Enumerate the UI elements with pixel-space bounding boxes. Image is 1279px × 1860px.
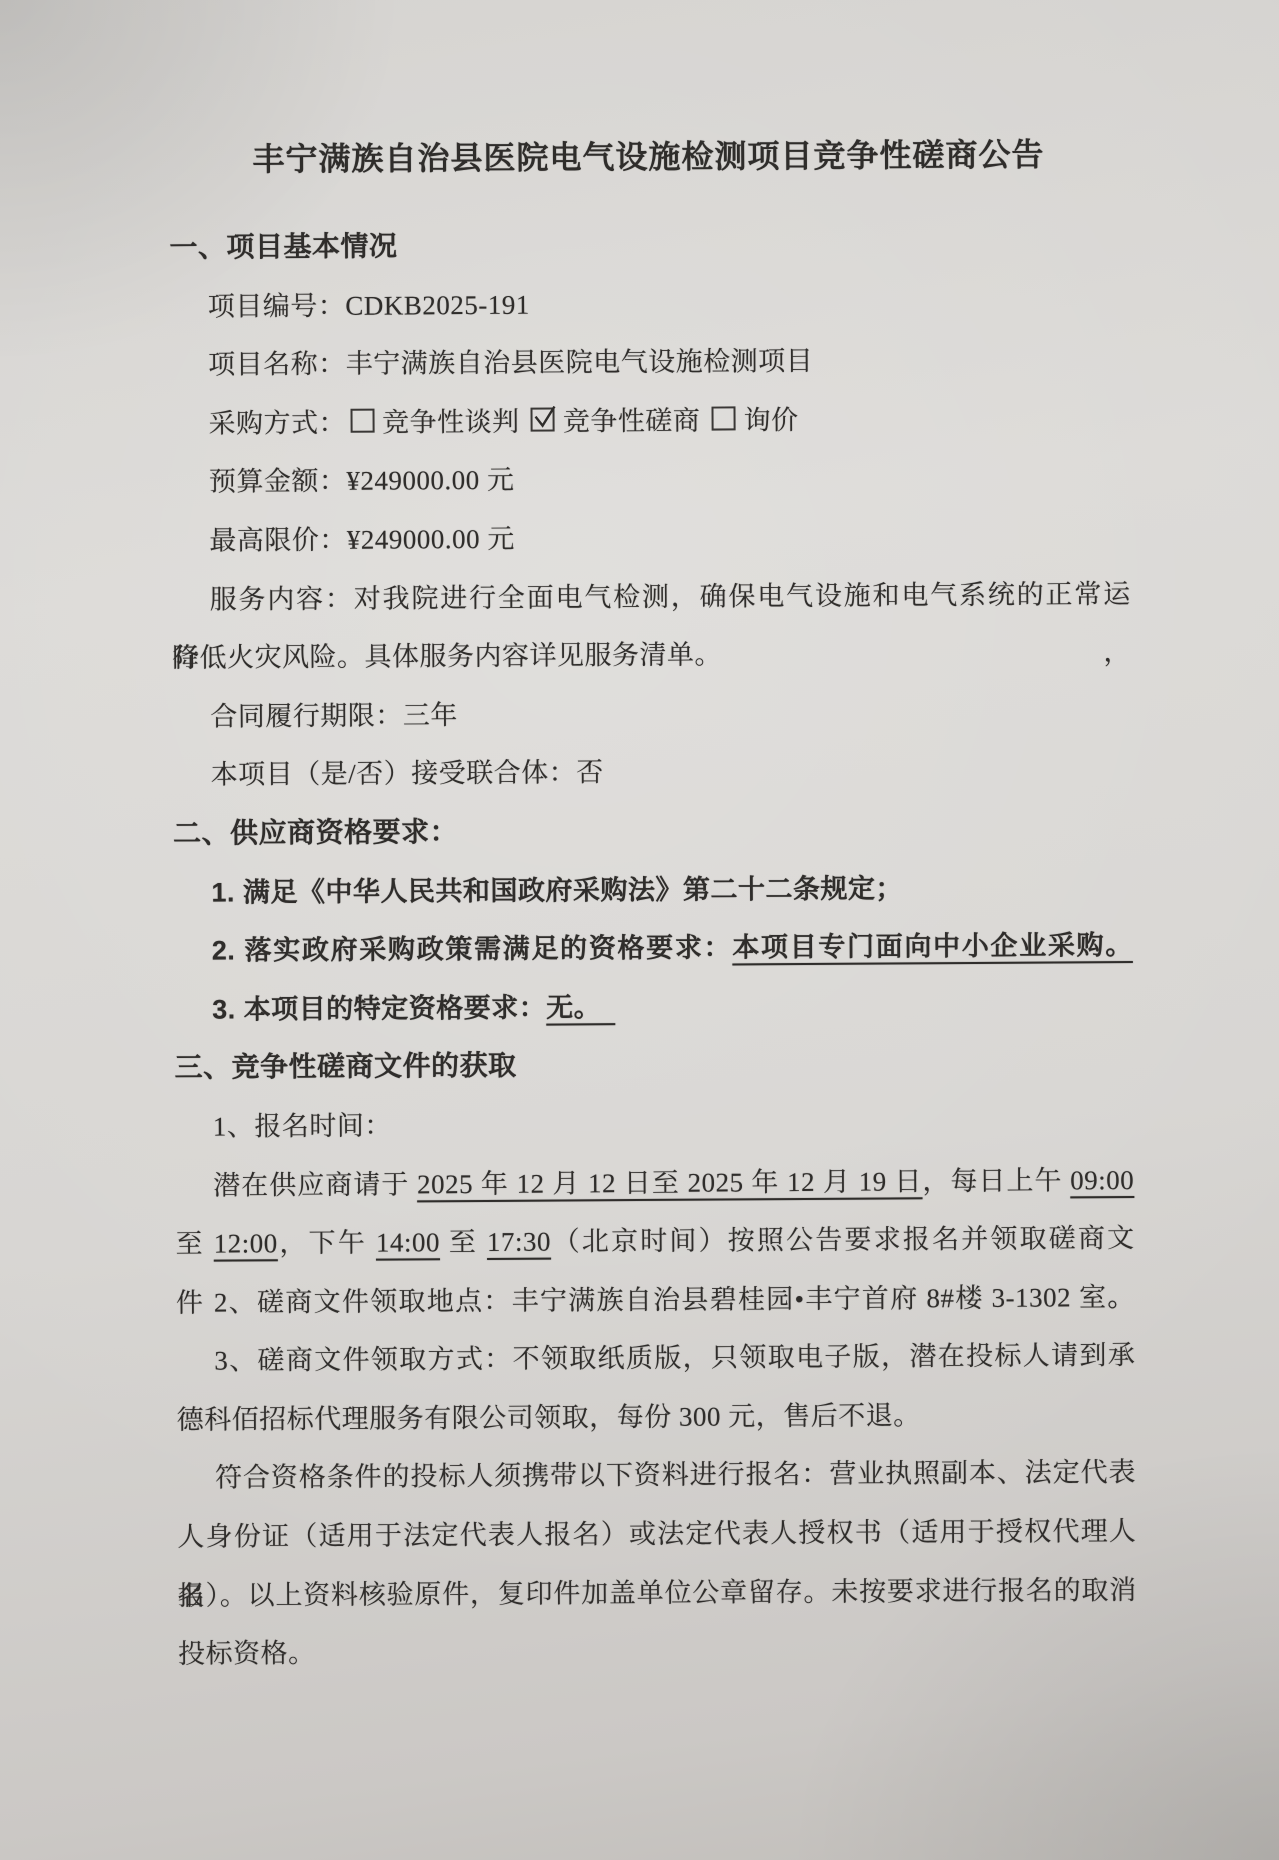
text-run: 竞争性磋商: [563, 405, 708, 436]
text-run: 至: [175, 1229, 213, 1259]
doc-line: 符合资格条件的投标人须携带以下资料进行报名：营业执照副本、法定代表: [177, 1443, 1136, 1507]
text-run: 3、磋商文件领取方式：不领取纸质版，只领取电子版，潜在投标人请到承: [214, 1340, 1135, 1376]
doc-line: 本项目（是/否）接受联合体：否: [173, 740, 1132, 804]
text-run: 名）。以上资料核验原件，复印件加盖单位公章留存。未按要求进行报名的取消: [178, 1575, 1137, 1611]
underlined-text: 12:00: [214, 1228, 278, 1258]
text-run: 3. 本项目的特定资格要求：: [212, 992, 546, 1024]
underlined-text: 本项目专门面向中小企业采购。: [732, 930, 1133, 962]
section-heading: 三、竞争性磋商文件的获取: [174, 1033, 1133, 1097]
doc-line: 名）。以上资料核验原件，复印件加盖单位公章留存。未按要求进行报名的取消: [178, 1561, 1137, 1625]
text-run: 最高限价：¥249000.00 元: [209, 524, 515, 556]
text-run: 1、报名时间：: [213, 1110, 392, 1141]
underlined-text: 17:30: [487, 1227, 551, 1257]
document-lines: 一、项目基本情况项目编号：CDKB2025-191项目名称：丰宁满族自治县医院电…: [169, 213, 1137, 1684]
document-sheet: 丰宁满族自治县医院电气设施检测项目竞争性磋商公告 一、项目基本情况项目编号：CD…: [0, 0, 1279, 1745]
section-heading: 二、供应商资格要求：: [173, 799, 1132, 863]
underlined-text: 2025 年 12 月 12 日至 2025 年 12 月 19 日: [417, 1166, 923, 1199]
text-run: 降低火灾风险。具体服务内容详见服务清单。: [172, 640, 722, 673]
text-run: 投标资格。: [178, 1638, 316, 1669]
doc-line: 人身份证（适用于法定代表人报名）或法定代表人授权书（适用于授权代理人报: [177, 1502, 1136, 1566]
text-run: 项目名称：丰宁满族自治县医院电气设施检测项目: [208, 346, 813, 380]
doc-line: 1、报名时间：: [175, 1092, 1134, 1156]
text-run: 询价: [743, 405, 798, 435]
checkbox-checked-icon: [531, 407, 555, 431]
text-run: 1. 满足《中华人民共和国政府采购法》第二十二条规定；: [211, 873, 903, 907]
text-run: 2、磋商文件领取地点：丰宁满族自治县碧桂园•丰宁首府 8#楼 3-1302 室。: [214, 1282, 1135, 1318]
underlined-text: 无。: [546, 992, 615, 1022]
doc-line: 项目编号：CDKB2025-191: [170, 272, 1129, 336]
doc-line: 至 12:00，下午 14:00 至 17:30（北京时间）按照公告要求报名并领…: [175, 1209, 1134, 1273]
text-run: 德科佰招标代理服务有限公司领取，每份 300 元，售后不退。: [177, 1400, 921, 1435]
doc-line: 采购方式：竞争性谈判 竞争性磋商 询价: [170, 389, 1129, 453]
text-run: ，下午: [278, 1228, 376, 1259]
doc-line: 德科佰招标代理服务有限公司领取，每份 300 元，售后不退。: [176, 1385, 1135, 1449]
text-run: 符合资格条件的投标人须携带以下资料进行报名：营业执照副本、法定代表: [215, 1457, 1136, 1493]
text-run: 至: [440, 1227, 487, 1257]
text-run: 项目编号：CDKB2025-191: [208, 289, 530, 321]
text-run: ，每日上午: [922, 1165, 1070, 1196]
doc-line: 服务内容：对我院进行全面电气检测，确保电气设施和电气系统的正常运行，: [171, 565, 1130, 629]
text-run: 潜在供应商请于: [213, 1169, 417, 1200]
doc-line: 潜在供应商请于 2025 年 12 月 12 日至 2025 年 12 月 19…: [175, 1151, 1134, 1215]
doc-line: 项目名称：丰宁满族自治县医院电气设施检测项目: [170, 330, 1129, 394]
text-run: 三、竞争性磋商文件的获取: [174, 1050, 516, 1083]
section-heading: 一、项目基本情况: [169, 213, 1128, 277]
text-run: 采购方式：: [208, 408, 346, 439]
doc-line: 2. 落实政府采购政策需满足的资格要求：本项目专门面向中小企业采购。: [174, 916, 1133, 980]
doc-line: 投标资格。: [178, 1619, 1137, 1683]
text-run: 本项目（是/否）接受联合体：否: [211, 758, 604, 790]
doc-line: 最高限价：¥249000.00 元: [171, 506, 1130, 570]
checkbox-unchecked-icon: [711, 406, 735, 430]
doc-line: 2、磋商文件领取地点：丰宁满族自治县碧桂园•丰宁首府 8#楼 3-1302 室。: [176, 1268, 1135, 1332]
checkbox-unchecked-icon: [350, 408, 374, 432]
doc-line: 3、磋商文件领取方式：不领取纸质版，只领取电子版，潜在投标人请到承: [176, 1326, 1135, 1390]
underlined-text: 14:00: [376, 1227, 440, 1257]
text-run: 竞争性谈判: [382, 406, 527, 437]
doc-line: 3. 本项目的特定资格要求：无。: [174, 975, 1133, 1039]
text-run: 2. 落实政府采购政策需满足的资格要求：: [212, 933, 733, 966]
text-run: 预算金额：¥249000.00 元: [209, 465, 515, 497]
doc-line: 合同履行期限：三年: [172, 682, 1131, 746]
document-title: 丰宁满族自治县医院电气设施检测项目竞争性磋商公告: [169, 131, 1128, 183]
doc-line: 1. 满足《中华人民共和国政府采购法》第二十二条规定；: [173, 858, 1132, 922]
underlined-text: 09:00: [1070, 1165, 1134, 1195]
text-run: 合同履行期限：三年: [210, 700, 458, 732]
text-run: 一、项目基本情况: [169, 230, 397, 262]
text-run: 二、供应商资格要求：: [173, 816, 458, 849]
doc-line: 预算金额：¥249000.00 元: [171, 447, 1130, 511]
